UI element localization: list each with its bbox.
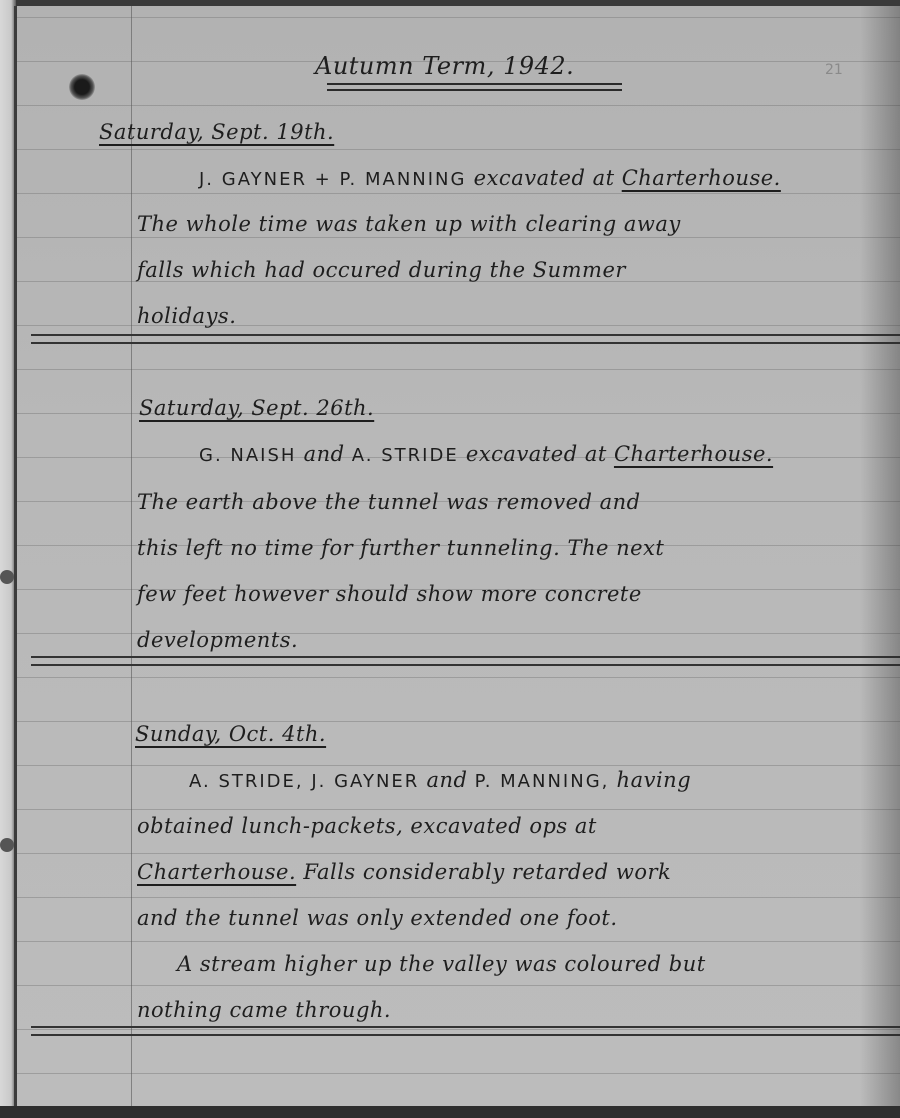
entry-date: Saturday, Sept. 19th. [99,120,334,144]
names: A. STRIDE [352,445,459,466]
page-number: 21 [825,62,843,78]
entry-line: few feet however should show more concre… [137,582,642,606]
text: Falls considerably retarded work [296,860,671,884]
section-divider [31,1026,900,1028]
section-divider [31,656,900,658]
title-underline [327,83,622,85]
entry-line: obtained lunch-packets, excavated ops at [137,814,597,838]
entry-date: Saturday, Sept. 26th. [139,396,374,420]
margin-line [131,6,132,1106]
binding-mark [0,570,14,584]
text: excavated at [466,166,621,190]
page-title: Autumn Term, 1942. [315,52,574,80]
place-name: Charterhouse. [137,860,296,884]
notebook-bottom-edge [0,1106,900,1118]
entry-line: this left no time for further tunneling.… [137,536,664,560]
entry-line: The whole time was taken up with clearin… [137,212,681,236]
entry-line: J. GAYNER + P. MANNING excavated at Char… [199,166,781,190]
punch-hole [69,74,95,100]
notebook-page: 21 Autumn Term, 1942. Saturday, Sept. 19… [14,6,900,1106]
names: G. NAISH [199,445,296,466]
entry-line: A stream higher up the valley was colour… [177,952,706,976]
section-divider [31,1034,900,1036]
entry-line: falls which had occured during the Summe… [137,258,626,282]
entry-line: and the tunnel was only extended one foo… [137,906,618,930]
entry-line: Charterhouse. Falls considerably retarde… [137,860,671,884]
text: having [609,768,691,792]
place-name: Charterhouse. [622,166,781,190]
section-divider [31,334,900,336]
entry-line: developments. [137,628,298,652]
text: and [296,442,351,466]
title-underline [327,89,622,91]
entry-line: A. STRIDE, J. GAYNER and P. MANNING, hav… [189,768,691,792]
entry-line: The earth above the tunnel was removed a… [137,490,641,514]
place-name: Charterhouse. [614,442,773,466]
entry-line: nothing came through. [137,998,391,1022]
binding-mark [0,838,14,852]
text: excavated at [459,442,614,466]
names: P. MANNING, [475,771,610,792]
text: and [419,768,474,792]
names: J. GAYNER + P. MANNING [199,169,466,190]
entry-line: holidays. [137,304,236,328]
names: A. STRIDE, J. GAYNER [189,771,419,792]
entry-line: G. NAISH and A. STRIDE excavated at Char… [199,442,773,466]
section-divider [31,342,900,344]
entry-date: Sunday, Oct. 4th. [135,722,326,746]
section-divider [31,664,900,666]
